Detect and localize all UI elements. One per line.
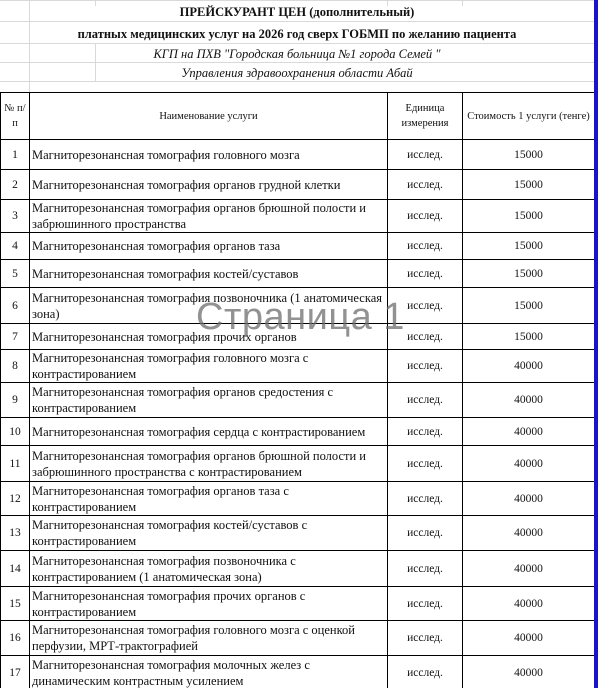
service-price: 15000 xyxy=(463,200,595,233)
row-number: 17 xyxy=(1,656,30,688)
unit-of-measure: исслед. xyxy=(388,233,463,260)
service-name: Магниторезонансная томография головного … xyxy=(30,621,388,656)
document-title: ПРЕЙСКУРАНТ ЦЕН (дополнительный) xyxy=(0,5,594,20)
unit-of-measure: исслед. xyxy=(388,516,463,551)
row-number: 6 xyxy=(1,288,30,324)
document-subtitle: платных медицинских услуг на 2026 год св… xyxy=(0,27,594,42)
service-price: 15000 xyxy=(463,260,595,288)
service-name: Магниторезонансная томография костей/сус… xyxy=(30,516,388,551)
service-name: Магниторезонансная томография прочих орг… xyxy=(30,587,388,621)
service-price: 40000 xyxy=(463,383,595,418)
table-row: 7Магниторезонансная томография прочих ор… xyxy=(1,324,595,350)
unit-of-measure: исслед. xyxy=(388,383,463,418)
row-number: 10 xyxy=(1,418,30,446)
service-name: Магниторезонансная томография прочих орг… xyxy=(30,324,388,350)
table-row: 14Магниторезонансная томография позвоноч… xyxy=(1,551,595,587)
table-row: 13Магниторезонансная томография костей/с… xyxy=(1,516,595,551)
service-price: 40000 xyxy=(463,418,595,446)
service-price: 15000 xyxy=(463,170,595,200)
table-row: 12Магниторезонансная томография органов … xyxy=(1,482,595,516)
service-name: Магниторезонансная томография костей/сус… xyxy=(30,260,388,288)
unit-of-measure: исслед. xyxy=(388,551,463,587)
unit-of-measure: исслед. xyxy=(388,288,463,324)
table-row: 8Магниторезонансная томография головного… xyxy=(1,350,595,383)
department-name: Управления здравоохранения области Абай xyxy=(0,66,594,81)
service-price: 15000 xyxy=(463,324,595,350)
service-price: 15000 xyxy=(463,233,595,260)
service-name: Магниторезонансная томография сердца с к… xyxy=(30,418,388,446)
unit-of-measure: исслед. xyxy=(388,140,463,170)
row-number: 16 xyxy=(1,621,30,656)
gridline xyxy=(0,81,594,82)
service-name: Магниторезонансная томография органов бр… xyxy=(30,200,388,233)
gridline xyxy=(0,0,594,1)
unit-of-measure: исслед. xyxy=(388,324,463,350)
row-number: 8 xyxy=(1,350,30,383)
gridline xyxy=(0,43,594,44)
service-price: 40000 xyxy=(463,446,595,482)
service-name: Магниторезонансная томография органов та… xyxy=(30,482,388,516)
service-name: Магниторезонансная томография головного … xyxy=(30,140,388,170)
table-row: 17Магниторезонансная томография молочных… xyxy=(1,656,595,688)
unit-of-measure: исслед. xyxy=(388,621,463,656)
row-number: 2 xyxy=(1,170,30,200)
service-name: Магниторезонансная томография органов ср… xyxy=(30,383,388,418)
unit-of-measure: исслед. xyxy=(388,656,463,688)
unit-of-measure: исслед. xyxy=(388,587,463,621)
service-name: Магниторезонансная томография позвоночни… xyxy=(30,551,388,587)
organization-text: КГП на ПХВ "Городская больница №1 города… xyxy=(153,47,440,62)
row-number: 5 xyxy=(1,260,30,288)
unit-of-measure: исслед. xyxy=(388,170,463,200)
table-row: 5Магниторезонансная томография костей/су… xyxy=(1,260,595,288)
row-number: 12 xyxy=(1,482,30,516)
service-name: Магниторезонансная томография органов та… xyxy=(30,233,388,260)
department-text: Управления здравоохранения области Абай xyxy=(181,66,412,81)
table-row: 3Магниторезонансная томография органов б… xyxy=(1,200,595,233)
gridline xyxy=(0,21,594,22)
table-row: 4Магниторезонансная томография органов т… xyxy=(1,233,595,260)
service-price: 40000 xyxy=(463,587,595,621)
row-number: 15 xyxy=(1,587,30,621)
service-price: 40000 xyxy=(463,516,595,551)
service-name: Магниторезонансная томография молочных ж… xyxy=(30,656,388,688)
service-price: 15000 xyxy=(463,140,595,170)
spreadsheet-page: ПРЕЙСКУРАНТ ЦЕН (дополнительный) платных… xyxy=(0,0,594,688)
row-number: 14 xyxy=(1,551,30,587)
price-table: № п/п Наименование услуги Единица измере… xyxy=(0,92,595,688)
service-name: Магниторезонансная томография органов гр… xyxy=(30,170,388,200)
row-number: 3 xyxy=(1,200,30,233)
table-row: 10Магниторезонансная томография сердца с… xyxy=(1,418,595,446)
row-number: 4 xyxy=(1,233,30,260)
service-price: 15000 xyxy=(463,288,595,324)
row-number: 13 xyxy=(1,516,30,551)
service-name: Магниторезонансная томография позвоночни… xyxy=(30,288,388,324)
service-price: 40000 xyxy=(463,350,595,383)
service-name: Магниторезонансная томография головного … xyxy=(30,350,388,383)
service-price: 40000 xyxy=(463,656,595,688)
service-price: 40000 xyxy=(463,551,595,587)
row-number: 1 xyxy=(1,140,30,170)
table-row: 16Магниторезонансная томография головног… xyxy=(1,621,595,656)
unit-of-measure: исслед. xyxy=(388,350,463,383)
organization-name: КГП на ПХВ "Городская больница №1 города… xyxy=(0,47,594,62)
header-name: Наименование услуги xyxy=(30,93,388,140)
unit-of-measure: исслед. xyxy=(388,482,463,516)
unit-of-measure: исслед. xyxy=(388,446,463,482)
header-price: Стоимость 1 услуги (тенге) xyxy=(463,93,595,140)
unit-of-measure: исслед. xyxy=(388,200,463,233)
unit-of-measure: исслед. xyxy=(388,418,463,446)
table-row: 2Магниторезонансная томография органов г… xyxy=(1,170,595,200)
table-row: 1Магниторезонансная томография головного… xyxy=(1,140,595,170)
service-price: 40000 xyxy=(463,482,595,516)
header-unit: Единица измерения xyxy=(388,93,463,140)
header-number: № п/п xyxy=(1,93,30,140)
service-name: Магниторезонансная томография органов бр… xyxy=(30,446,388,482)
table-row: 9Магниторезонансная томография органов с… xyxy=(1,383,595,418)
table-header-row: № п/п Наименование услуги Единица измере… xyxy=(1,93,595,140)
gridline xyxy=(0,62,594,63)
row-number: 7 xyxy=(1,324,30,350)
row-number: 11 xyxy=(1,446,30,482)
row-number: 9 xyxy=(1,383,30,418)
window-border xyxy=(594,0,598,688)
service-price: 40000 xyxy=(463,621,595,656)
table-row: 15Магниторезонансная томография прочих о… xyxy=(1,587,595,621)
unit-of-measure: исслед. xyxy=(388,260,463,288)
table-row: 11Магниторезонансная томография органов … xyxy=(1,446,595,482)
table-row: 6Магниторезонансная томография позвоночн… xyxy=(1,288,595,324)
